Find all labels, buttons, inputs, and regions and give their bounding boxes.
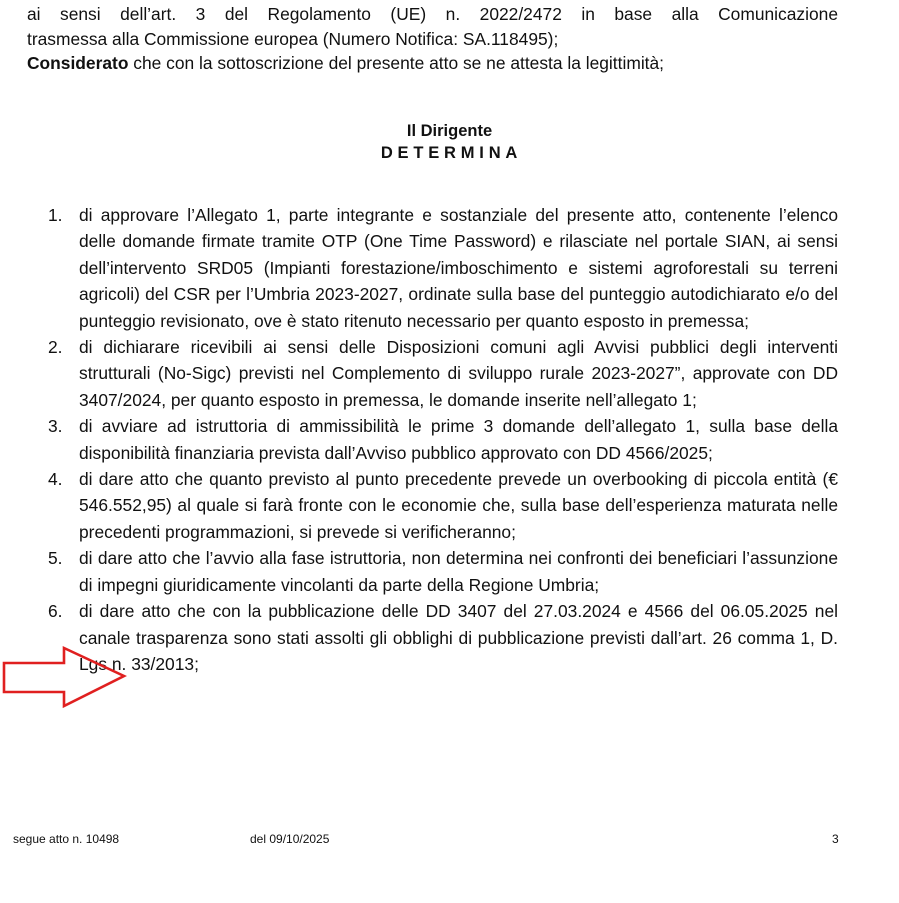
item-text: di dare atto che quanto previsto al punt… (79, 466, 838, 545)
intro-line-1: ai sensi dell’art. 3 del Regolamento (UE… (27, 2, 838, 27)
list-item: 3.di avviare ad istruttoria di ammissibi… (0, 413, 838, 466)
item-number: 4. (48, 466, 63, 492)
item-text: di dare atto che con la pubblicazione de… (79, 598, 838, 677)
footer-page-number: 3 (832, 831, 839, 847)
item-text: di avviare ad istruttoria di ammissibili… (79, 413, 838, 466)
item-text: di dare atto che l’avvio alla fase istru… (79, 545, 838, 598)
considerato-label: Considerato (27, 53, 128, 73)
considerato-paragraph: Considerato che con la sottoscrizione de… (27, 51, 838, 76)
determination-list: 1.di approvare l’Allegato 1, parte integ… (0, 202, 899, 677)
document-page: ai sensi dell’art. 3 del Regolamento (UE… (0, 0, 899, 903)
intro-paragraph: ai sensi dell’art. 3 del Regolamento (UE… (27, 2, 838, 76)
heading-title: Il Dirigente (0, 120, 899, 142)
item-text: di dichiarare ricevibili ai sensi delle … (79, 334, 838, 413)
page-footer: segue atto n. 10498 del 09/10/2025 3 (0, 831, 899, 849)
heading-determina: DETERMINA (0, 142, 899, 164)
item-number: 6. (48, 598, 63, 624)
item-number: 1. (48, 202, 63, 228)
list-item: 4.di dare atto che quanto previsto al pu… (0, 466, 838, 545)
footer-act-reference: segue atto n. 10498 (13, 831, 119, 847)
list-item: 2.di dichiarare ricevibili ai sensi dell… (0, 334, 838, 413)
section-heading: Il Dirigente DETERMINA (0, 120, 899, 164)
footer-date: del 09/10/2025 (250, 831, 329, 847)
list-item: 1.di approvare l’Allegato 1, parte integ… (0, 202, 838, 334)
item-number: 3. (48, 413, 63, 439)
list-item: 5.di dare atto che l’avvio alla fase ist… (0, 545, 838, 598)
item-number: 5. (48, 545, 63, 571)
intro-line-2: trasmessa alla Commissione europea (Nume… (27, 27, 838, 52)
item-number: 2. (48, 334, 63, 360)
list-item: 6.di dare atto che con la pubblicazione … (0, 598, 838, 677)
item-text: di approvare l’Allegato 1, parte integra… (79, 202, 838, 334)
considerato-text: che con la sottoscrizione del presente a… (128, 53, 664, 73)
